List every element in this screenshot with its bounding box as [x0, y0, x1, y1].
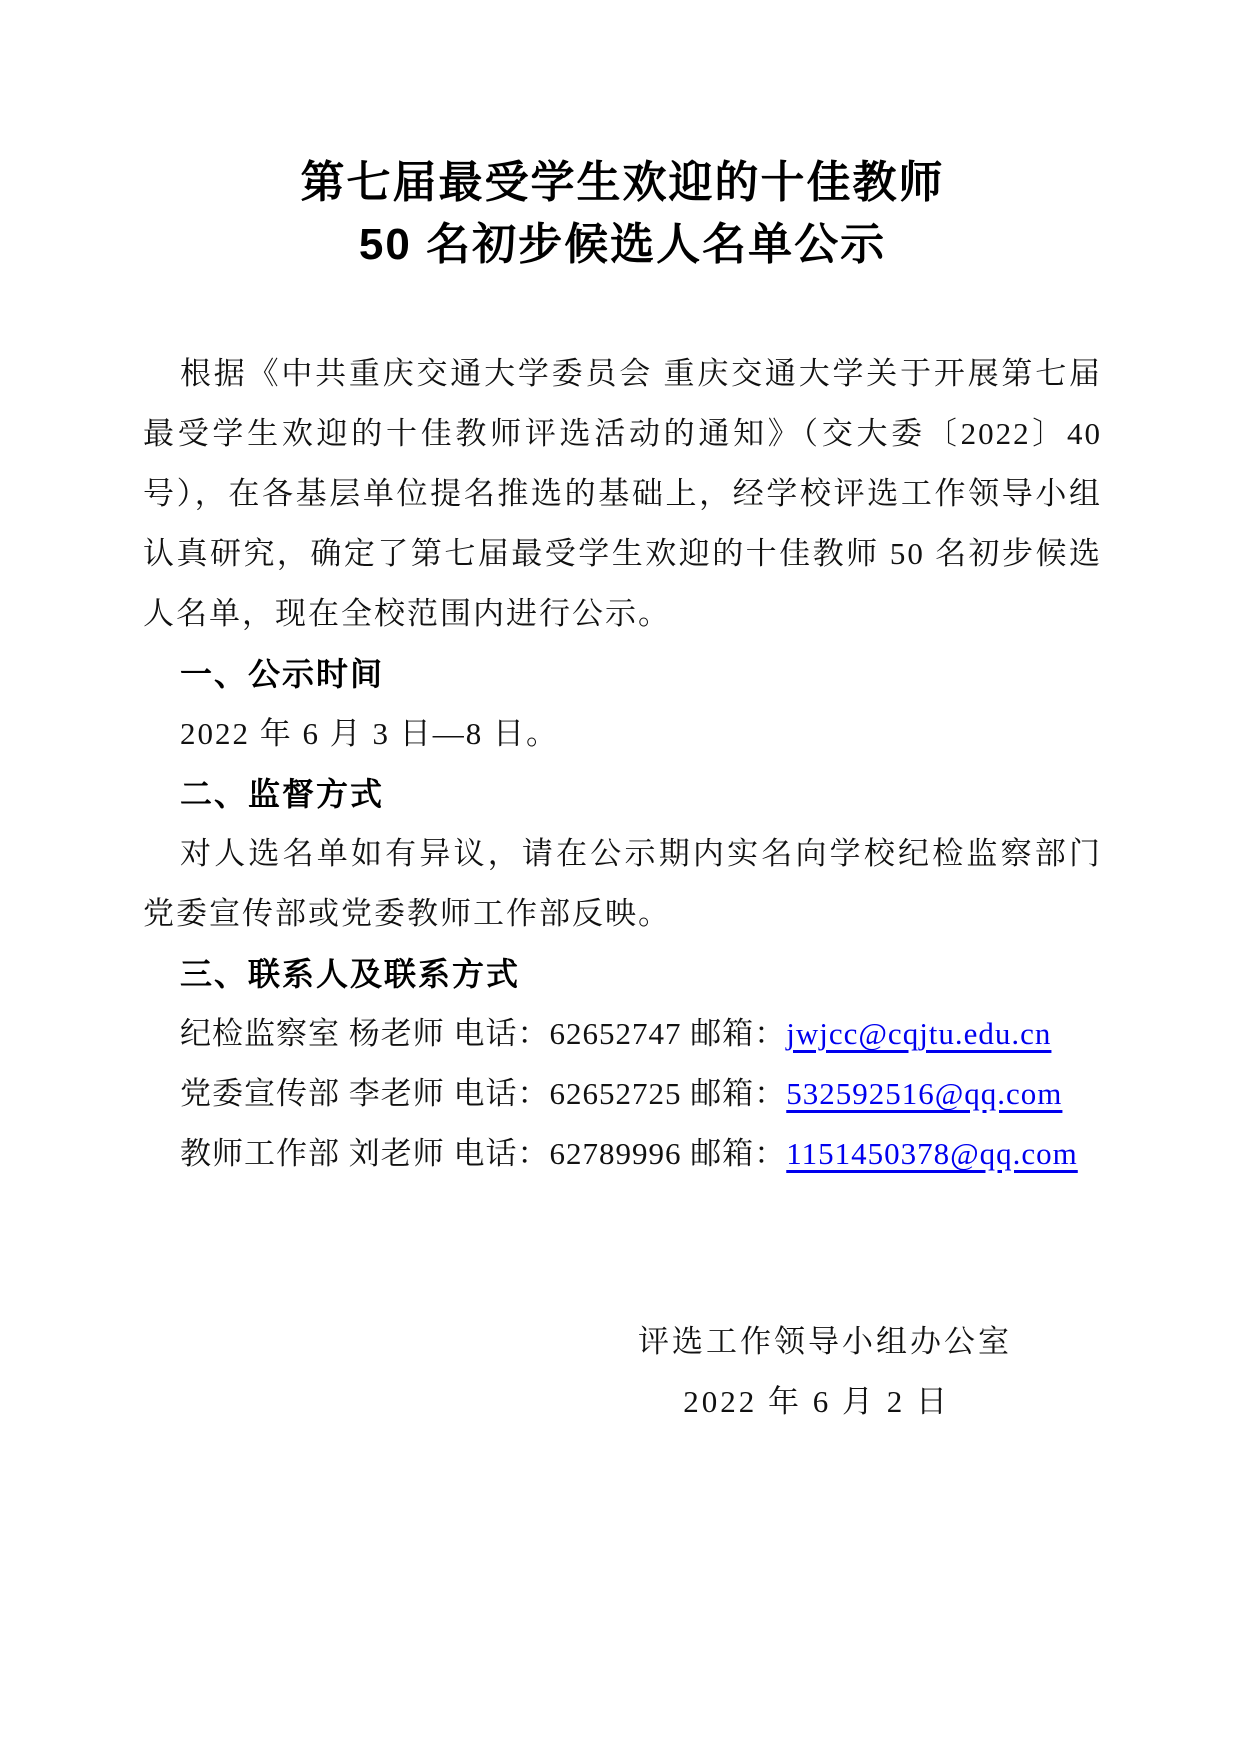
contact-prefix: 教师工作部 刘老师 电话：62789996 邮箱： [180, 1136, 786, 1171]
document-page: 第七届最受学生欢迎的十佳教师 50 名初步候选人名单公示 根据《中共重庆交通大学… [0, 0, 1240, 1754]
contact-email-link[interactable]: jwjcc@cqjtu.edu.cn [786, 1016, 1051, 1051]
document-title: 第七届最受学生欢迎的十佳教师 50 名初步候选人名单公示 [143, 152, 1102, 276]
intro-paragraph: 根据《中共重庆交通大学委员会 重庆交通大学关于开展第七届最受学生欢迎的十佳教师评… [143, 344, 1102, 644]
signature-date: 2022 年 6 月 2 日 [143, 1372, 1102, 1432]
contact-line-jiaoshi: 教师工作部 刘老师 电话：62789996 邮箱：1151450378@qq.c… [143, 1124, 1102, 1184]
document-title-line-2: 50 名初步候选人名单公示 [143, 214, 1102, 276]
document-content: 第七届最受学生欢迎的十佳教师 50 名初步候选人名单公示 根据《中共重庆交通大学… [0, 0, 1240, 1432]
contact-email-link[interactable]: 532592516@qq.com [786, 1076, 1062, 1111]
publicity-period-text: 2022 年 6 月 3 日—8 日。 [143, 704, 1102, 764]
section-heading-supervision: 二、监督方式 [143, 764, 1102, 824]
supervision-paragraph: 对人选名单如有异议，请在公示期内实名向学校纪检监察部门党委宣传部或党委教师工作部… [143, 824, 1102, 944]
contact-prefix: 纪检监察室 杨老师 电话：62652747 邮箱： [180, 1016, 786, 1051]
section-heading-contacts: 三、联系人及联系方式 [143, 944, 1102, 1004]
signature-block: 评选工作领导小组办公室 2022 年 6 月 2 日 [143, 1312, 1102, 1432]
document-title-line-1: 第七届最受学生欢迎的十佳教师 [143, 152, 1102, 214]
signature-org: 评选工作领导小组办公室 [143, 1312, 1102, 1372]
contact-prefix: 党委宣传部 李老师 电话：62652725 邮箱： [180, 1076, 786, 1111]
contact-line-jijian: 纪检监察室 杨老师 电话：62652747 邮箱：jwjcc@cqjtu.edu… [143, 1004, 1102, 1064]
contact-line-xuanchuan: 党委宣传部 李老师 电话：62652725 邮箱：532592516@qq.co… [143, 1064, 1102, 1124]
section-heading-publicity-period: 一、公示时间 [143, 644, 1102, 704]
contact-email-link[interactable]: 1151450378@qq.com [786, 1136, 1078, 1171]
